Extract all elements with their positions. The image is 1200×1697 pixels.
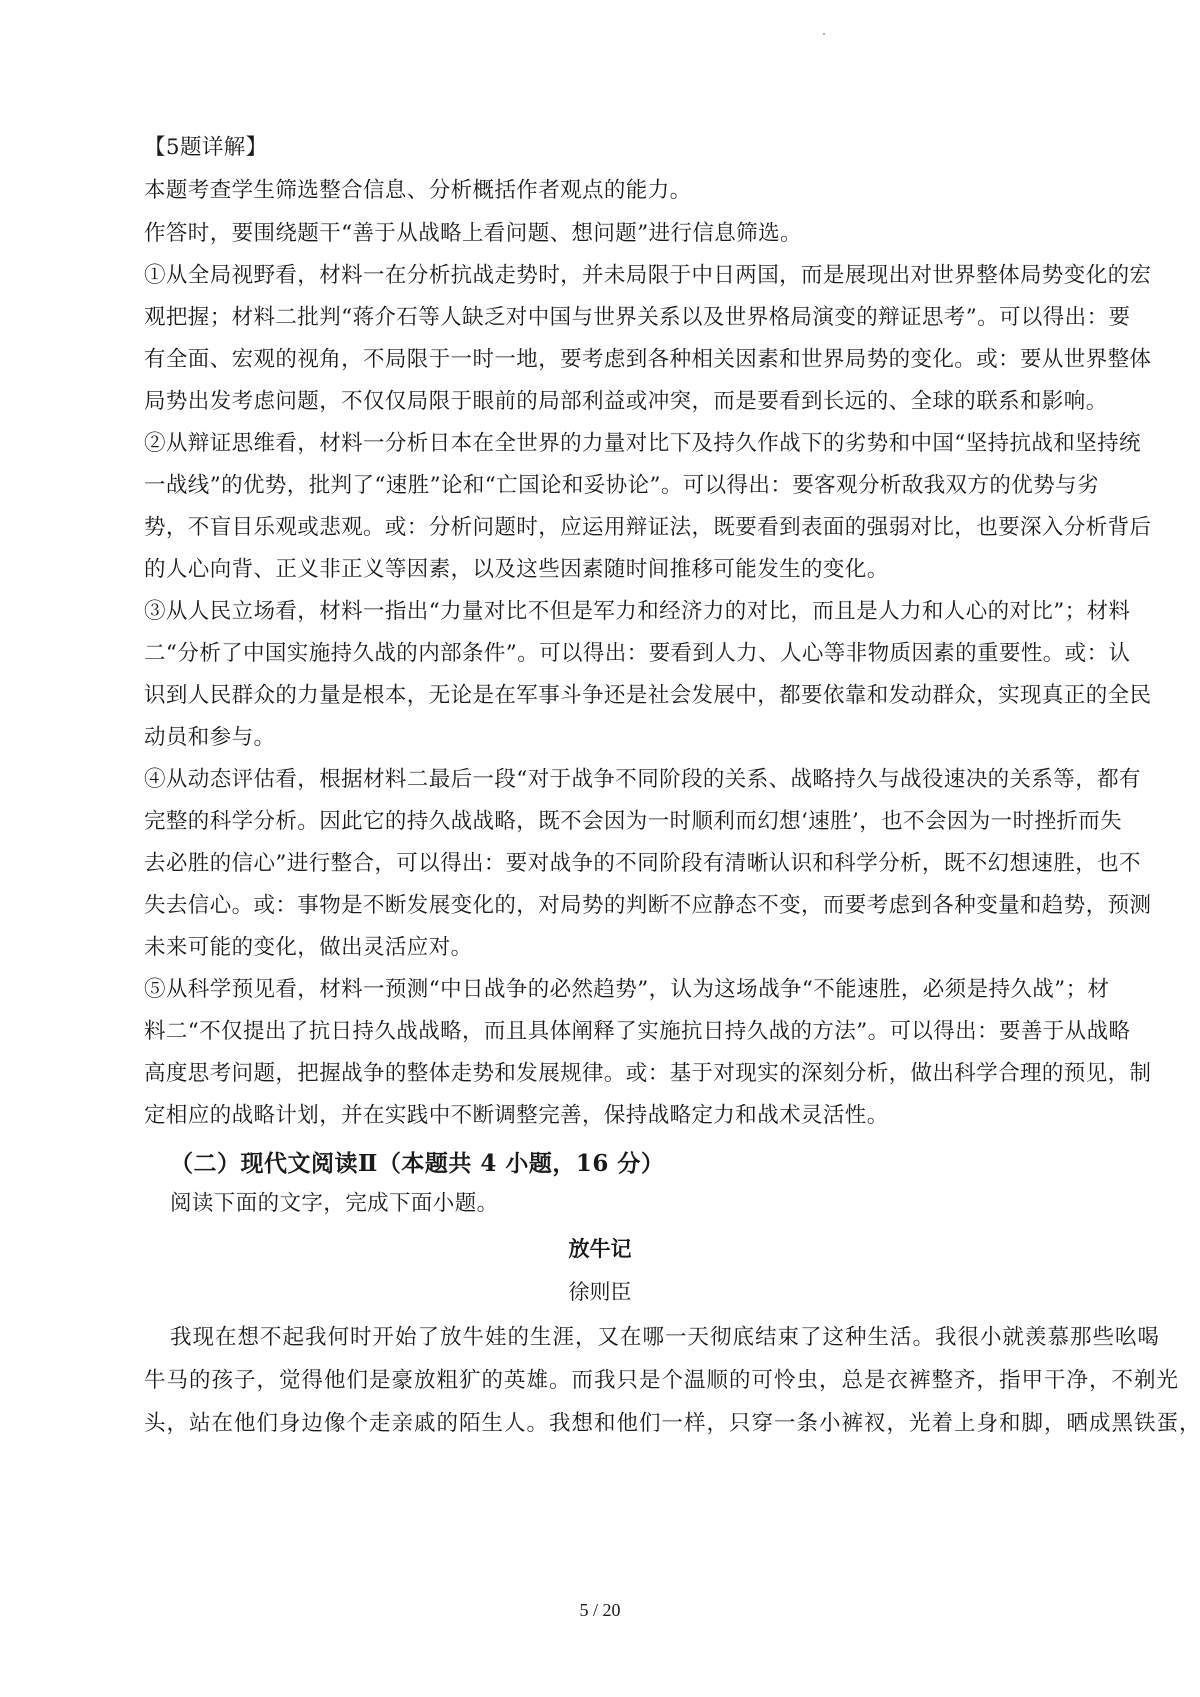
point-2-line-3: 势，不盲目乐观或悲观。或：分析问题时，应运用辩证法，既要看到表面的强弱对比，也要…	[144, 514, 1084, 542]
scan-artifact-dot	[823, 33, 825, 35]
document-page: 【5题详解】 本题考查学生筛选整合信息、分析概括作者观点的能力。 作答时，要围绕…	[0, 0, 1200, 1697]
point-5-line-4: 定相应的战略计划，并在实践中不断调整完善，保持战略定力和战术灵活性。	[144, 1102, 1084, 1130]
passage-line-2: 牛马的孩子，觉得他们是豪放粗犷的英雄。而我只是个温顺的可怜虫，总是衣裤整齐，指甲…	[144, 1363, 1084, 1394]
point-4-line-2: 完整的科学分析。因此它的持久战战略，既不会因为一时顺利而幻想‘速胜’，也不会因为…	[144, 808, 1084, 836]
passage-title: 放牛记	[0, 1233, 1200, 1263]
point-4-line-4: 失去信心。或：事物是不断发展变化的，对局势的判断不应静态不变，而要考虑到各种变量…	[144, 892, 1084, 920]
point-2-line-1: ②从辩证思维看，材料一分析日本在全世界的力量对比下及持久作战下的劣势和中国“坚持…	[144, 430, 1084, 458]
page-number: 5 / 20	[0, 1600, 1200, 1621]
answer-header: 【5题详解】	[144, 134, 1084, 162]
point-5-line-2: 料二“不仅提出了抗日持久战战略，而且具体阐释了实施抗日持久战的方法”。可以得出：…	[144, 1018, 1084, 1046]
point-3-line-2: 二“分析了中国实施持久战的内部条件”。可以得出：要看到人力、人心等非物质因素的重…	[144, 640, 1084, 668]
point-4-line-1: ④从动态评估看，根据材料二最后一段“对于战争不同阶段的关系、战略持久与战役速决的…	[144, 766, 1084, 794]
passage-line-3: 头，站在他们身边像个走亲戚的陌生人。我想和他们一样，只穿一条小裤衩，光着上身和脚…	[144, 1406, 1084, 1437]
answer-instruction: 作答时，要围绕题干“善于从战略上看问题、想问题”进行信息筛选。	[144, 220, 1084, 248]
point-5-line-3: 高度思考问题，把握战争的整体走势和发展规律。或：基于对现实的深刻分析，做出科学合…	[144, 1060, 1084, 1088]
point-1-line-4: 局势出发考虑问题，不仅仅局限于眼前的局部利益或冲突，而是要看到长远的、全球的联系…	[144, 388, 1084, 416]
section-heading: （二）现代文阅读Ⅱ（本题共 4 小题，16 分）	[170, 1145, 664, 1178]
point-3-line-3: 识到人民群众的力量是根本，无论是在军事斗争还是社会发展中，都要依靠和发动群众，实…	[144, 682, 1084, 710]
point-1-line-1: ①从全局视野看，材料一在分析抗战走势时，并未局限于中日两国，而是展现出对世界整体…	[144, 262, 1084, 290]
point-4-line-3: 去必胜的信心”进行整合，可以得出：要对战争的不同阶段有清晰认识和科学分析，既不幻…	[144, 850, 1084, 878]
reading-instruction: 阅读下面的文字，完成下面小题。	[170, 1190, 1110, 1218]
answer-intro: 本题考查学生筛选整合信息、分析概括作者观点的能力。	[144, 177, 1084, 205]
point-3-line-1: ③从人民立场看，材料一指出“力量对比不但是军力和经济力的对比，而且是人力和人心的…	[144, 598, 1084, 626]
point-2-line-2: 一战线”的优势，批判了“速胜”论和“亡国论和妥协论”。可以得出：要客观分析敌我双…	[144, 472, 1084, 500]
point-1-line-3: 有全面、宏观的视角，不局限于一时一地，要考虑到各种相关因素和世界局势的变化。或：…	[144, 346, 1084, 374]
point-4-line-5: 未来可能的变化，做出灵活应对。	[144, 934, 1084, 962]
point-1-line-2: 观把握；材料二批判“蒋介石等人缺乏对中国与世界关系以及世界格局演变的辩证思考”。…	[144, 304, 1084, 332]
passage-author: 徐则臣	[0, 1276, 1200, 1306]
passage-line-1: 我现在想不起我何时开始了放牛娃的生涯，又在哪一天彻底结束了这种生活。我很小就羡慕…	[170, 1320, 1084, 1351]
point-3-line-4: 动员和参与。	[144, 724, 1084, 752]
point-5-line-1: ⑤从科学预见看，材料一预测“中日战争的必然趋势”，认为这场战争“不能速胜，必须是…	[144, 976, 1084, 1004]
point-2-line-4: 的人心向背、正义非正义等因素，以及这些因素随时间推移可能发生的变化。	[144, 556, 1084, 584]
